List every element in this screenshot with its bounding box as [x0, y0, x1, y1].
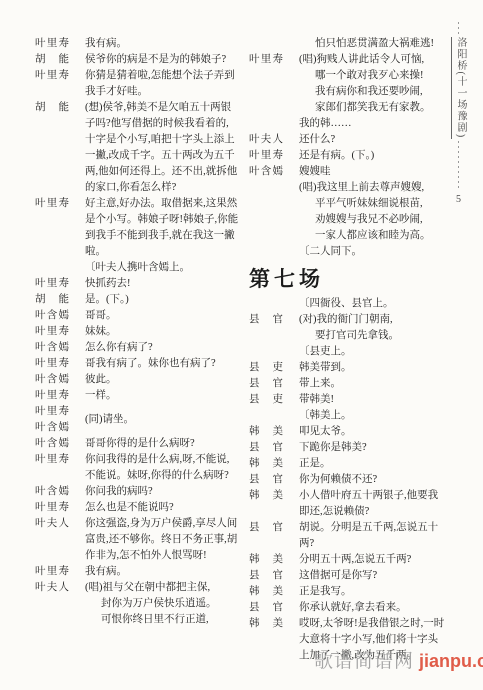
dialogue-row: 叶里寿哥我有病了。妹你也有病了? [35, 356, 239, 372]
speaker-name: 叶含嫣 [35, 484, 69, 500]
dialogue-line: 家郎们都笑我无有家教。 [299, 100, 445, 116]
dialogue-line: 侯爷你的病是不是为的韩娘子? [85, 52, 239, 68]
stage-direction-text: 〔县吏上。 [299, 344, 445, 360]
dialogue-line: 带韩美! [299, 392, 445, 408]
stage-direction-row: 〔县吏上。 [249, 344, 445, 360]
dialogue-row: 韩美小人借叶府五十两银子,他要我即还,怎说赖债? [249, 488, 445, 520]
dialogue-line: (唱)狗贱人讲此话令人可恼, [299, 52, 445, 68]
dialogue-row: 县官你承认就好,拿去看来。 [249, 600, 445, 616]
dialogue-line: 胡说。分明是五千两,怎说五十两? [299, 520, 445, 552]
stage-direction-row: 〔二人同下。 [249, 244, 445, 260]
speaker-name: 韩美 [249, 552, 283, 568]
dialogue-row: 县吏韩美带到。 [249, 360, 445, 376]
page-margin-strip: 洛阳桥(十一场豫剧) 5 [451, 22, 466, 205]
dialogue-text: 你承认就好,拿去看来。 [299, 600, 445, 616]
dialogue-line: 你这强盗,身为万户侯爵,享尽人间富贵,还不够你。终日不务正事,胡作非为,怎不怕外… [85, 516, 239, 564]
dialogue-text: 你问我得的是什么病,呀,不能说,不能说。妹呀,你得的什么病呀? [85, 452, 239, 484]
speaker-cell: 叶含嫣 [35, 308, 69, 324]
dialogue-line: 是。(下。) [85, 292, 239, 308]
speaker-name: 叶夫人 [35, 516, 69, 532]
speaker-name: 叶夫人 [35, 580, 69, 596]
speaker-cell: 叶里寿 [249, 148, 283, 164]
dialogue-row: 叶里寿怎么也是不能说吗? [35, 500, 239, 516]
dialogue-line: 〔二人同下。 [299, 244, 445, 260]
dialogue-line: 下跪你是韩美? [299, 440, 445, 456]
speaker-cell: 叶里寿 [35, 452, 69, 468]
dialogue-line: 我有病。 [85, 36, 239, 52]
dialogue-row: 县官下跪你是韩美? [249, 440, 445, 456]
dialogue-text: 你这强盗,身为万户侯爵,享尽人间富贵,还不够你。终日不务正事,胡作非为,怎不怕外… [85, 516, 239, 564]
speaker-name: 县官 [249, 600, 283, 616]
dialogue-text: 你猜是猜着啦,怎能想个法子弄到我手才好哇。 [85, 68, 239, 100]
dialogue-row: 叶里寿还是有病。(下。) [249, 148, 445, 164]
dialogue-row: 叶里寿妹妹。 [35, 324, 239, 340]
dialogue-text: 我有病。 [85, 564, 239, 580]
speaker-cell: 叶里寿 [35, 196, 69, 212]
dialogue-row: 县官胡说。分明是五千两,怎说五十两? [249, 520, 445, 552]
speaker-cell: 胡能 [35, 292, 69, 308]
speaker-cell: 县吏 [249, 392, 283, 408]
speaker-cell: 胡能 [35, 52, 69, 68]
speaker-name: 叶里寿 [35, 36, 69, 52]
speaker-cell: 叶里寿 [35, 68, 69, 84]
speaker-name: 叶里寿 [35, 404, 69, 420]
speaker-cell: 叶里寿叶含嫣 [35, 404, 69, 436]
page-number: 5 [456, 194, 461, 205]
speaker-name: 叶里寿 [249, 52, 283, 68]
speaker-name: 胡能 [35, 292, 69, 308]
speaker-cell: 叶夫人 [249, 132, 283, 148]
dialogue-line: 你问我的病吗? [85, 484, 239, 500]
speaker-name: 叶夫人 [249, 132, 283, 148]
speaker-cell: 胡能 [35, 100, 69, 116]
speaker-cell: 叶夫人 [35, 516, 69, 532]
speaker-cell: 韩美 [249, 584, 283, 600]
dialogue-text: 彼此。 [85, 372, 239, 388]
dialogue-line: 好主意,好办法。取借据来,这果然是个小写。韩娘子呀!韩娘子,你能到我手不能到我手… [85, 196, 239, 260]
dialogue-row: 县官(对)我的衙门门朝南,要打官司先拿钱。 [249, 312, 445, 344]
speaker-name: 县吏 [249, 360, 283, 376]
dialogue-row: 县吏带韩美! [249, 392, 445, 408]
dialogue-row: 韩美叩见太爷。 [249, 424, 445, 440]
speaker-cell: 叶含嫣 [35, 340, 69, 356]
dialogue-text: 妹妹。 [85, 324, 239, 340]
speaker-cell: 县官 [249, 376, 283, 392]
dialogue-text: (对)我的衙门门朝南,要打官司先拿钱。 [299, 312, 445, 344]
dotted-rule-bottom [458, 141, 459, 191]
dialogue-row: 韩美分明五十两,怎说五千两? [249, 552, 445, 568]
script-page: 叶里寿我有病。胡能侯爷你的病是不是为的韩娘子?叶里寿你猜是猜着啦,怎能想个法子弄… [0, 0, 483, 690]
dialogue-line: (唱)我这里上前去尊声嫂嫂, [299, 180, 445, 196]
dialogue-text: 带上来。 [299, 376, 445, 392]
dialogue-row: 胡能侯爷你的病是不是为的韩娘子? [35, 52, 239, 68]
dialogue-row: 叶含嫣哥哥。 [35, 308, 239, 324]
right-column-bottom-blocks: 〔四衙役、县官上。县官(对)我的衙门门朝南,要打官司先拿钱。〔县吏上。县吏韩美带… [249, 296, 445, 664]
dialogue-line: 还什么? [299, 132, 445, 148]
dialogue-row: 叶里寿我有病。 [35, 36, 239, 52]
dialogue-line: 你问我得的是什么病,呀,不能说,不能说。妹呀,你得的什么病呀? [85, 452, 239, 484]
dialogue-line: 我有病你和我还要吵闹, [299, 84, 445, 100]
speaker-cell: 韩美 [249, 456, 283, 472]
speaker-cell: 叶里寿 [35, 356, 69, 372]
speaker-name: 叶里寿 [35, 500, 69, 516]
dialogue-line: 正是我写。 [299, 584, 445, 600]
speaker-cell: 叶里寿 [35, 388, 69, 404]
dialogue-text: 你为何赖债不还? [299, 472, 445, 488]
speaker-name: 韩美 [249, 424, 283, 440]
dialogue-text: 小人借叶府五十两银子,他要我即还,怎说赖债? [299, 488, 445, 520]
speaker-cell: 县官 [249, 520, 283, 536]
dotted-rule-top [458, 22, 459, 35]
dialogue-row: 叶夫人你这强盗,身为万户侯爵,享尽人间富贵,还不够你。终日不务正事,胡作非为,怎… [35, 516, 239, 564]
dialogue-line: (对)我的衙门门朝南, [299, 312, 445, 328]
stage-direction-row: 怕只怕恶贯满盈大祸难逃! [249, 36, 445, 52]
watermark-site-name: 歌谱简谱网 [314, 651, 414, 672]
speaker-name: 县官 [249, 312, 283, 328]
stage-direction-row: 〔四衙役、县官上。 [249, 296, 445, 312]
speaker-name: 叶里寿 [35, 452, 69, 468]
dialogue-row: 县官你为何赖债不还? [249, 472, 445, 488]
speaker-name: 叶里寿 [35, 388, 69, 404]
dialogue-row: 叶里寿我有病。 [35, 564, 239, 580]
dialogue-line: 〔叶夫人携叶含嫣上。 [85, 260, 239, 276]
dialogue-line: 我有病。 [85, 564, 239, 580]
speaker-cell: 叶含嫣 [35, 436, 69, 452]
speaker-name: 叶含嫣 [35, 308, 69, 324]
speaker-name: 叶里寿 [35, 276, 69, 292]
dialogue-line: 封你为万户侯快乐逍遥。 [85, 596, 239, 612]
dialogue-line: 哥我有病了。妹你也有病了? [85, 356, 239, 372]
dialogue-line: (同)请坐。 [85, 412, 239, 428]
dialogue-line: 要打官司先拿钱。 [299, 328, 445, 344]
speaker-name: 县官 [249, 440, 283, 456]
dialogue-line: 正是。 [299, 456, 445, 472]
dialogue-line: 彼此。 [85, 372, 239, 388]
speaker-name: 叶含嫣 [35, 340, 69, 356]
speaker-cell: 叶含嫣 [249, 164, 283, 180]
speaker-name: 韩美 [249, 456, 283, 472]
dialogue-text: 嫂嫂哇(唱)我这里上前去尊声嫂嫂,平平气听妹妹细说根苗,劝嫂嫂与我兄不必吵闹,一… [299, 164, 445, 244]
speaker-cell: 县官 [249, 472, 283, 488]
stage-direction-text: 〔四衙役、县官上。 [299, 296, 445, 312]
speaker-name: 县吏 [249, 392, 283, 408]
speaker-cell: 县吏 [249, 360, 283, 376]
dialogue-line: 快抓药去! [85, 276, 239, 292]
left-text-column: 叶里寿我有病。胡能侯爷你的病是不是为的韩娘子?叶里寿你猜是猜着啦,怎能想个法子弄… [35, 36, 239, 628]
dialogue-row: 县官这借据可是你写? [249, 568, 445, 584]
dialogue-row: 叶里寿你问我得的是什么病,呀,不能说,不能说。妹呀,你得的什么病呀? [35, 452, 239, 484]
dialogue-text: 正是我写。 [299, 584, 445, 600]
dialogue-row: 叶里寿(唱)狗贱人讲此话令人可恼,哪一个敢对我歹心来操!我有病你和我还要吵闹,家… [249, 52, 445, 132]
dialogue-text: 哥我有病了。妹你也有病了? [85, 356, 239, 372]
stage-direction-text: 〔叶夫人携叶含嫣上。 [85, 260, 239, 276]
speaker-cell: 叶里寿 [35, 36, 69, 52]
speaker-name: 叶里寿 [35, 324, 69, 340]
dialogue-line: 〔县吏上。 [299, 344, 445, 360]
dialogue-line: (想)侯爷,韩美不是欠咱五十两银子吗?他写借据的时候我看着的,十字是个小写,咱把… [85, 100, 239, 196]
dialogue-line: 我的韩…… [299, 116, 445, 132]
stage-direction-text: 〔韩美上。 [299, 408, 445, 424]
dialogue-text: 韩美带到。 [299, 360, 445, 376]
dialogue-text: 怎么也是不能说吗? [85, 500, 239, 516]
dialogue-line: 分明五十两,怎说五千两? [299, 552, 445, 568]
dialogue-text: 还是有病。(下。) [299, 148, 445, 164]
dialogue-text: (想)侯爷,韩美不是欠咱五十两银子吗?他写借据的时候我看着的,十字是个小写,咱把… [85, 100, 239, 196]
dialogue-line: 一样。 [85, 388, 239, 404]
speaker-name: 叶里寿 [35, 564, 69, 580]
dialogue-line: 妹妹。 [85, 324, 239, 340]
speaker-name: 叶里寿 [249, 148, 283, 164]
dialogue-text: 还什么? [299, 132, 445, 148]
speaker-name: 叶含嫣 [35, 420, 69, 436]
speaker-cell: 县官 [249, 440, 283, 456]
dialogue-text: 下跪你是韩美? [299, 440, 445, 456]
scene-heading: 第七场 [249, 271, 445, 287]
watermark-site-domain: jianpu.cn [419, 651, 483, 671]
dialogue-line: 你猜是猜着啦,怎能想个法子弄到我手才好哇。 [85, 68, 239, 100]
stage-direction-row: 〔韩美上。 [249, 408, 445, 424]
speaker-name: 县官 [249, 472, 283, 488]
speaker-cell: 叶里寿 [35, 276, 69, 292]
speaker-name: 韩美 [249, 584, 283, 600]
dialogue-text: 我有病。 [85, 36, 239, 52]
speaker-cell: 县官 [249, 312, 283, 328]
dialogue-line: 怕只怕恶贯满盈大祸难逃! [299, 36, 445, 52]
speaker-name: 叶含嫣 [35, 436, 69, 452]
speaker-cell: 叶里寿 [249, 52, 283, 68]
speaker-cell: 县官 [249, 600, 283, 616]
right-column-top-blocks: 怕只怕恶贯满盈大祸难逃!叶里寿(唱)狗贱人讲此话令人可恼,哪一个敢对我歹心来操!… [249, 36, 445, 260]
dialogue-text: (同)请坐。 [85, 404, 239, 436]
dialogue-line: 哥哥。 [85, 308, 239, 324]
dialogue-row: 叶里寿好主意,好办法。取借据来,这果然是个小写。韩娘子呀!韩娘子,你能到我手不能… [35, 196, 239, 260]
dialogue-row: 叶夫人还什么? [249, 132, 445, 148]
dialogue-text: 哥哥你得的是什么病呀? [85, 436, 239, 452]
speaker-name: 韩美 [249, 616, 283, 632]
watermark: 歌谱简谱网jianpu.cn [314, 649, 483, 674]
dialogue-row: 叶里寿叶含嫣(同)请坐。 [35, 404, 239, 436]
dialogue-line: 你为何赖债不还? [299, 472, 445, 488]
dialogue-row: 叶含嫣哥哥你得的是什么病呀? [35, 436, 239, 452]
running-title: 洛阳桥(十一场豫剧) [451, 37, 466, 139]
dialogue-row: 叶含嫣你问我的病吗? [35, 484, 239, 500]
dialogue-line: 叩见太爷。 [299, 424, 445, 440]
dialogue-row: 胡能(想)侯爷,韩美不是欠咱五十两银子吗?他写借据的时候我看着的,十字是个小写,… [35, 100, 239, 196]
dialogue-line: 一家人都应该和睦为高。 [299, 228, 445, 244]
dialogue-row: 叶夫人(唱)祖与父在朝中都把主保,封你为万户侯快乐逍遥。可恨你终日里不行正道, [35, 580, 239, 628]
speaker-cell: 叶含嫣 [35, 372, 69, 388]
dialogue-text: 一样。 [85, 388, 239, 404]
stage-direction-row: 〔叶夫人携叶含嫣上。 [35, 260, 239, 276]
dialogue-line: 你承认就好,拿去看来。 [299, 600, 445, 616]
speaker-cell: 县官 [249, 568, 283, 584]
dialogue-text: 这借据可是你写? [299, 568, 445, 584]
speaker-cell: 韩美 [249, 488, 283, 504]
dialogue-text: (唱)祖与父在朝中都把主保,封你为万户侯快乐逍遥。可恨你终日里不行正道, [85, 580, 239, 628]
dialogue-text: 哥哥。 [85, 308, 239, 324]
dialogue-line: 还是有病。(下。) [299, 148, 445, 164]
dialogue-text: 正是。 [299, 456, 445, 472]
dialogue-row: 叶里寿你猜是猜着啦,怎能想个法子弄到我手才好哇。 [35, 68, 239, 100]
dialogue-line: (唱)祖与父在朝中都把主保, [85, 580, 239, 596]
dialogue-text: 是。(下。) [85, 292, 239, 308]
dialogue-line: 怎么你有病了? [85, 340, 239, 356]
speaker-name: 韩美 [249, 488, 283, 504]
dialogue-row: 叶含嫣怎么你有病了? [35, 340, 239, 356]
stage-direction-text: 怕只怕恶贯满盈大祸难逃! [299, 36, 445, 52]
dialogue-text: 好主意,好办法。取借据来,这果然是个小写。韩娘子呀!韩娘子,你能到我手不能到我手… [85, 196, 239, 260]
speaker-cell: 叶里寿 [35, 324, 69, 340]
dialogue-row: 叶里寿快抓药去! [35, 276, 239, 292]
dialogue-row: 胡能是。(下。) [35, 292, 239, 308]
speaker-name: 叶里寿 [35, 68, 69, 84]
speaker-cell: 韩美 [249, 424, 283, 440]
speaker-name: 县官 [249, 568, 283, 584]
dialogue-text: 你问我的病吗? [85, 484, 239, 500]
speaker-name: 叶含嫣 [249, 164, 283, 180]
speaker-cell: 韩美 [249, 552, 283, 568]
dialogue-text: 带韩美! [299, 392, 445, 408]
dialogue-row: 县官带上来。 [249, 376, 445, 392]
stage-direction-text: 〔二人同下。 [299, 244, 445, 260]
speaker-name: 叶里寿 [35, 356, 69, 372]
speaker-cell: 叶里寿 [35, 500, 69, 516]
dialogue-line: 哥哥你得的是什么病呀? [85, 436, 239, 452]
speaker-name: 叶里寿 [35, 196, 69, 212]
dialogue-row: 叶里寿一样。 [35, 388, 239, 404]
speaker-cell: 叶含嫣 [35, 484, 69, 500]
dialogue-row: 叶含嫣彼此。 [35, 372, 239, 388]
dialogue-line: 〔四衙役、县官上。 [299, 296, 445, 312]
dialogue-line: 平平气听妹妹细说根苗, [299, 196, 445, 212]
dialogue-text: 胡说。分明是五千两,怎说五十两? [299, 520, 445, 552]
dialogue-row: 韩美正是。 [249, 456, 445, 472]
dialogue-line: 〔韩美上。 [299, 408, 445, 424]
dialogue-row: 叶含嫣嫂嫂哇(唱)我这里上前去尊声嫂嫂,平平气听妹妹细说根苗,劝嫂嫂与我兄不必吵… [249, 164, 445, 244]
speaker-name: 县官 [249, 376, 283, 392]
dialogue-text: (唱)狗贱人讲此话令人可恼,哪一个敢对我歹心来操!我有病你和我还要吵闹,家郎们都… [299, 52, 445, 132]
dialogue-line: 嫂嫂哇 [299, 164, 445, 180]
dialogue-line: 可恨你终日里不行正道, [85, 612, 239, 628]
speaker-name: 县官 [249, 520, 283, 536]
speaker-name: 胡能 [35, 100, 69, 116]
right-text-column: 怕只怕恶贯满盈大祸难逃!叶里寿(唱)狗贱人讲此话令人可恼,哪一个敢对我歹心来操!… [249, 36, 445, 664]
dialogue-line: 韩美带到。 [299, 360, 445, 376]
speaker-name: 叶含嫣 [35, 372, 69, 388]
speaker-cell: 叶里寿 [35, 564, 69, 580]
dialogue-line: 怎么也是不能说吗? [85, 500, 239, 516]
dialogue-line: 带上来。 [299, 376, 445, 392]
dialogue-line: 小人借叶府五十两银子,他要我即还,怎说赖债? [299, 488, 445, 520]
speaker-cell: 叶夫人 [35, 580, 69, 596]
dialogue-text: 分明五十两,怎说五千两? [299, 552, 445, 568]
dialogue-text: 快抓药去! [85, 276, 239, 292]
dialogue-text: 怎么你有病了? [85, 340, 239, 356]
dialogue-row: 韩美正是我写。 [249, 584, 445, 600]
dialogue-line: 这借据可是你写? [299, 568, 445, 584]
dialogue-line: 哪一个敢对我歹心来操! [299, 68, 445, 84]
dialogue-text: 叩见太爷。 [299, 424, 445, 440]
speaker-cell: 韩美 [249, 616, 283, 632]
dialogue-text: 侯爷你的病是不是为的韩娘子? [85, 52, 239, 68]
dialogue-line: 劝嫂嫂与我兄不必吵闹, [299, 212, 445, 228]
speaker-name: 胡能 [35, 52, 69, 68]
